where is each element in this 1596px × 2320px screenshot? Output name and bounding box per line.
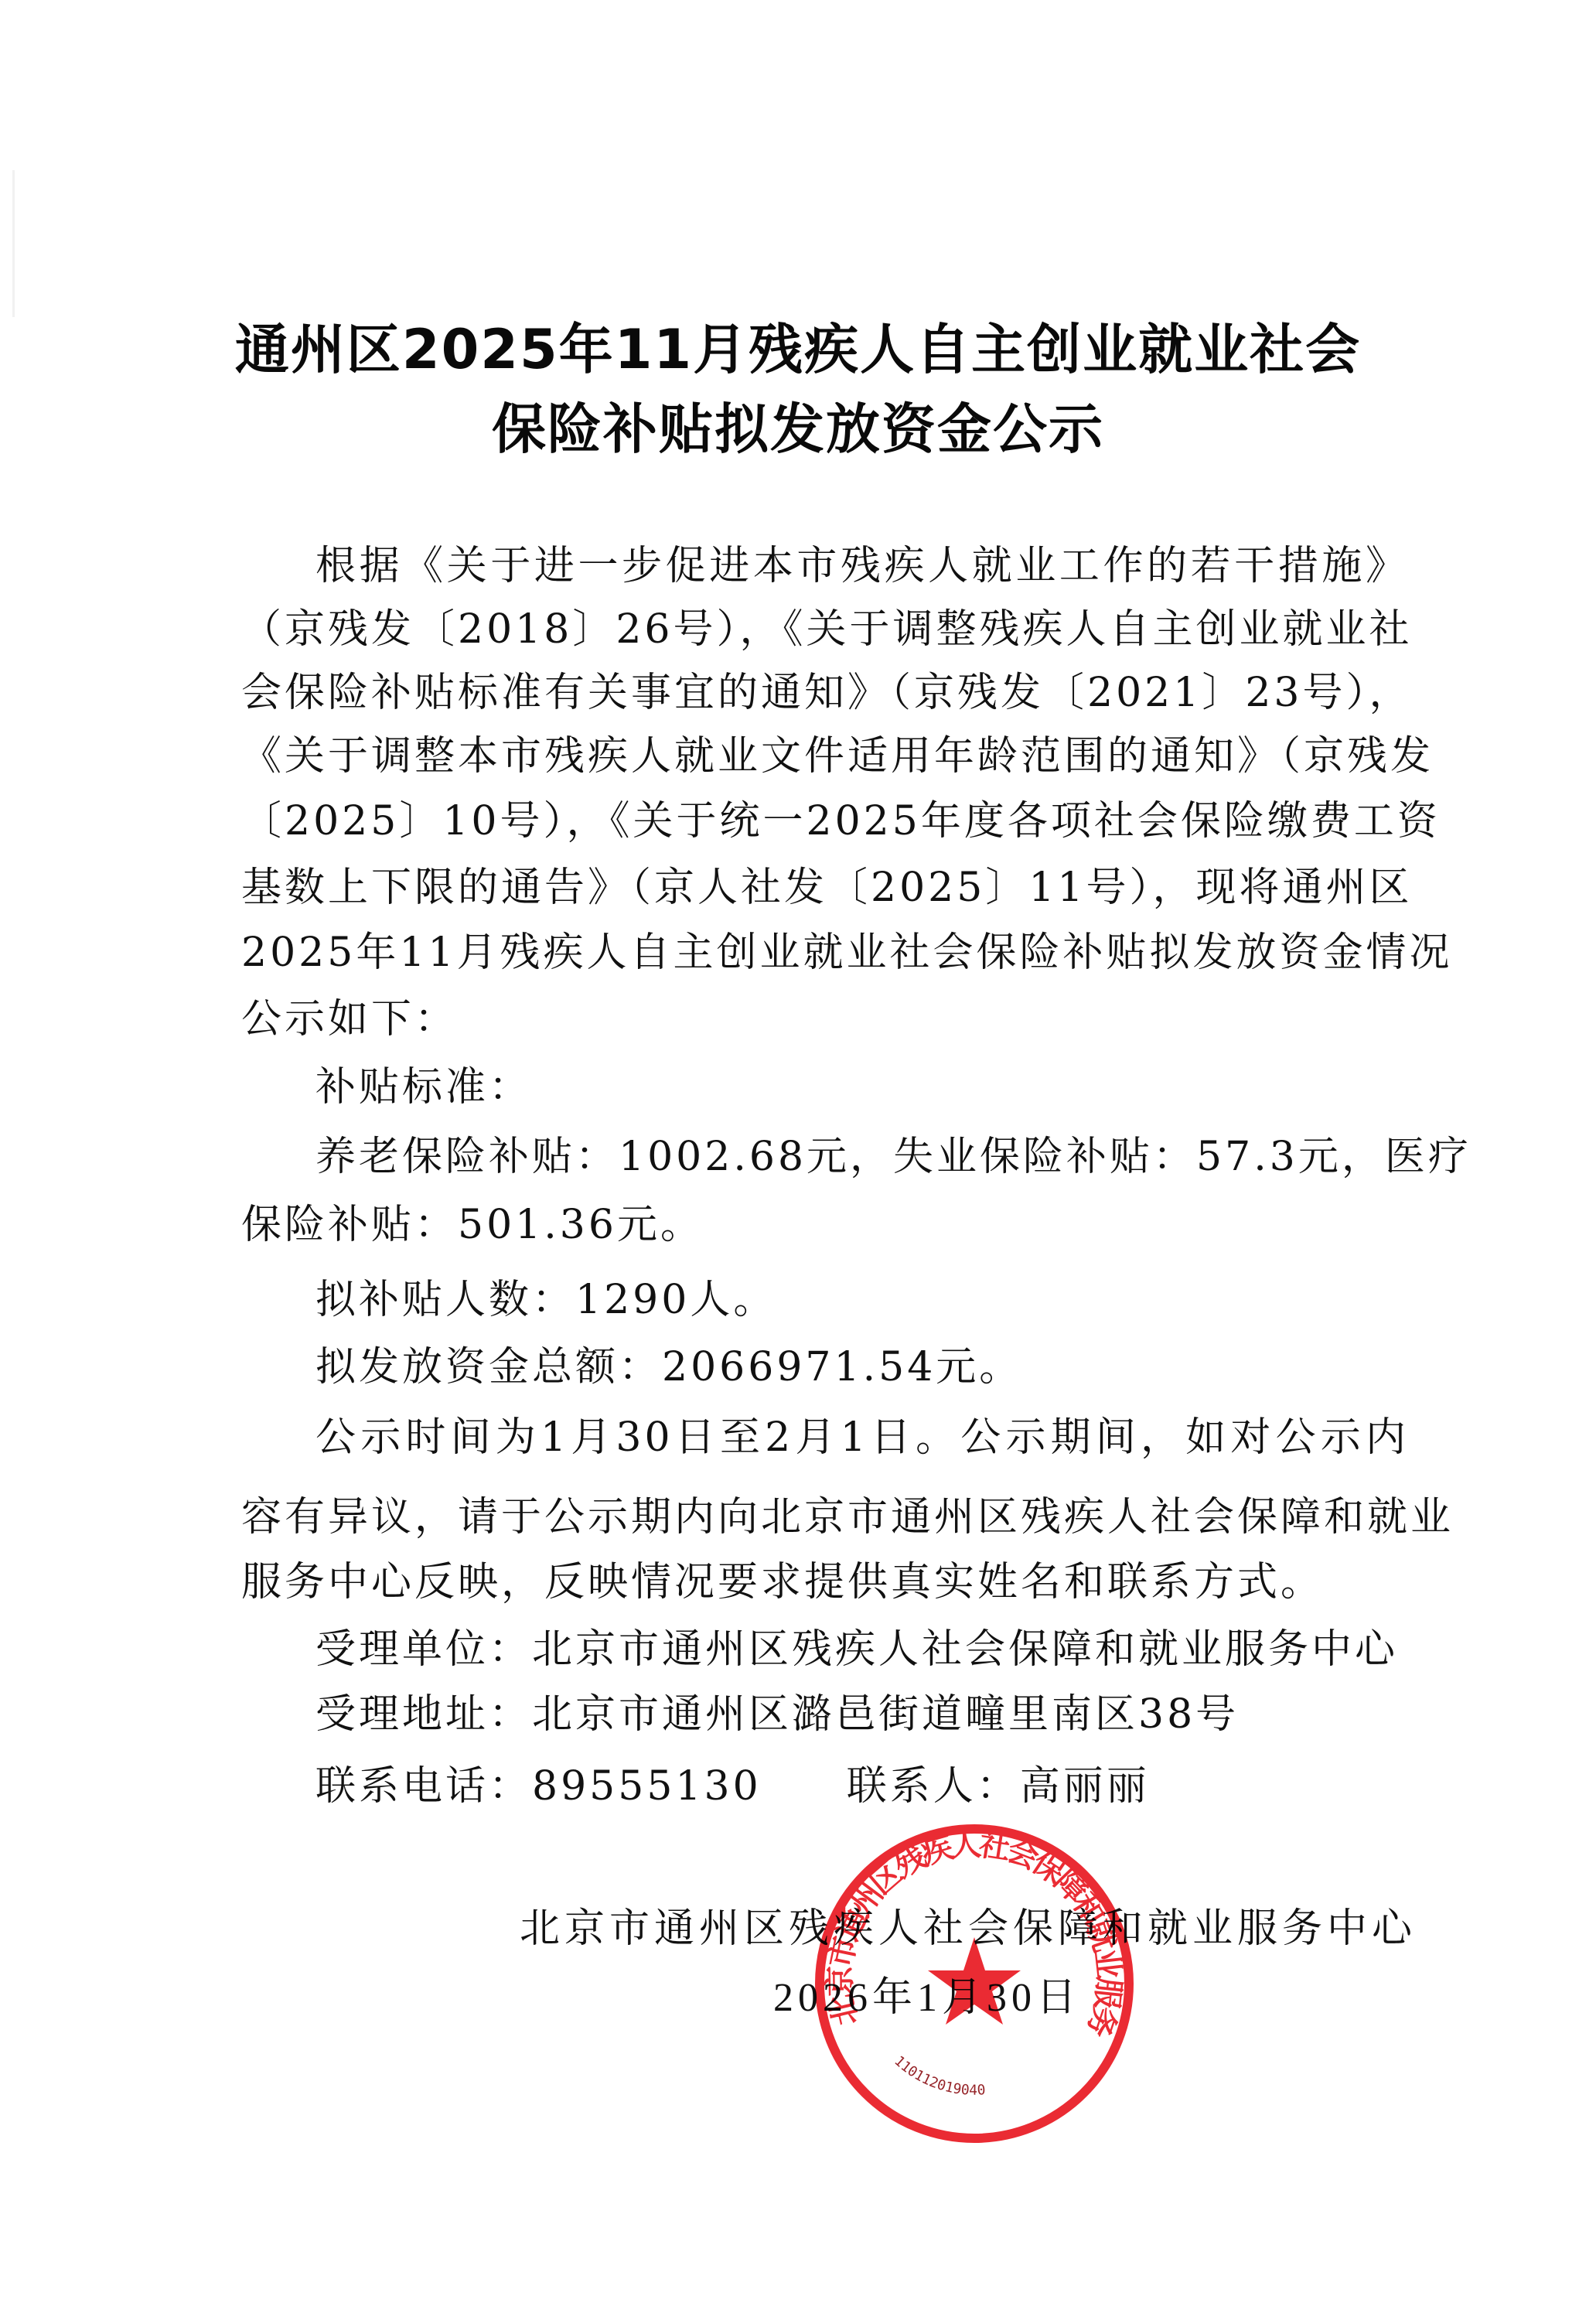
scan-edge-artifact: [12, 170, 15, 317]
contact-phone: 联系电话：89555130: [315, 1763, 762, 1810]
accepting-address: 受理地址：北京市通州区潞邑街道疃里南区38号: [315, 1684, 1409, 1745]
intro-line: 《关于调整本市残疾人就业文件适用年龄范围的通知》（京残发: [241, 725, 1409, 787]
notice-line: 服务中心反映，反映情况要求提供真实姓名和联系方式。: [241, 1551, 1409, 1613]
notice-line: 容有异议，请于公示期内向北京市通州区残疾人社会保障和就业: [241, 1486, 1409, 1548]
standard-heading: 补贴标准：: [315, 1056, 1409, 1118]
standard-line: 保险补贴：501.36元。: [241, 1194, 1409, 1256]
intro-line: （京残发〔2018〕26号），《关于调整残疾人自主创业就业社: [241, 599, 1409, 660]
intro-line: 〔2025〕10号），《关于统一2025年度各项社会保险缴费工资: [241, 790, 1409, 852]
intro-line: 2025年11月残疾人自主创业就业社会保险补贴拟发放资金情况: [241, 922, 1409, 984]
document-page: 通州区2025年11月残疾人自主创业就业社会 保险补贴拟发放资金公示 根据《关于…: [0, 0, 1596, 2320]
recipients-count: 拟补贴人数：1290人。: [315, 1269, 1409, 1331]
accepting-unit: 受理单位：北京市通州区残疾人社会保障和就业服务中心: [315, 1619, 1409, 1680]
standard-line: 养老保险补贴：1002.68元，失业保险补贴：57.3元，医疗: [315, 1126, 1409, 1188]
total-amount: 拟发放资金总额：2066971.54元。: [315, 1336, 1409, 1398]
intro-line: 基数上下限的通告》（京人社发〔2025〕11号），现将通州区: [241, 857, 1409, 919]
contact-row: 联系电话：89555130联系人：高丽丽: [315, 1755, 1409, 1817]
intro-line: 会保险补贴标准有关事宜的通知》（京残发〔2021〕23号），: [241, 662, 1409, 724]
stamp-ring-text: 北京市通州区残疾人社会保障和就业服务中心: [812, 1821, 1127, 2042]
intro-line: 公示如下：: [241, 988, 1409, 1050]
stamp-star-icon: [928, 1937, 1021, 2025]
intro-line: 根据《关于进一步促进本市残疾人就业工作的若干措施》: [315, 535, 1409, 597]
document-title-line-1: 通州区2025年11月残疾人自主创业就业社会: [0, 311, 1596, 388]
stamp-serial: 110112019040: [891, 2053, 986, 2099]
contact-person: 联系人：高丽丽: [847, 1763, 1150, 1810]
notice-line: 公示时间为1月30日至2月1日。公示期间，如对公示内: [315, 1407, 1409, 1469]
official-seal-stamp: 北京市通州区残疾人社会保障和就业服务中心 110112019040: [812, 1821, 1137, 2146]
document-title-line-2: 保险补贴拟发放资金公示: [0, 391, 1596, 468]
